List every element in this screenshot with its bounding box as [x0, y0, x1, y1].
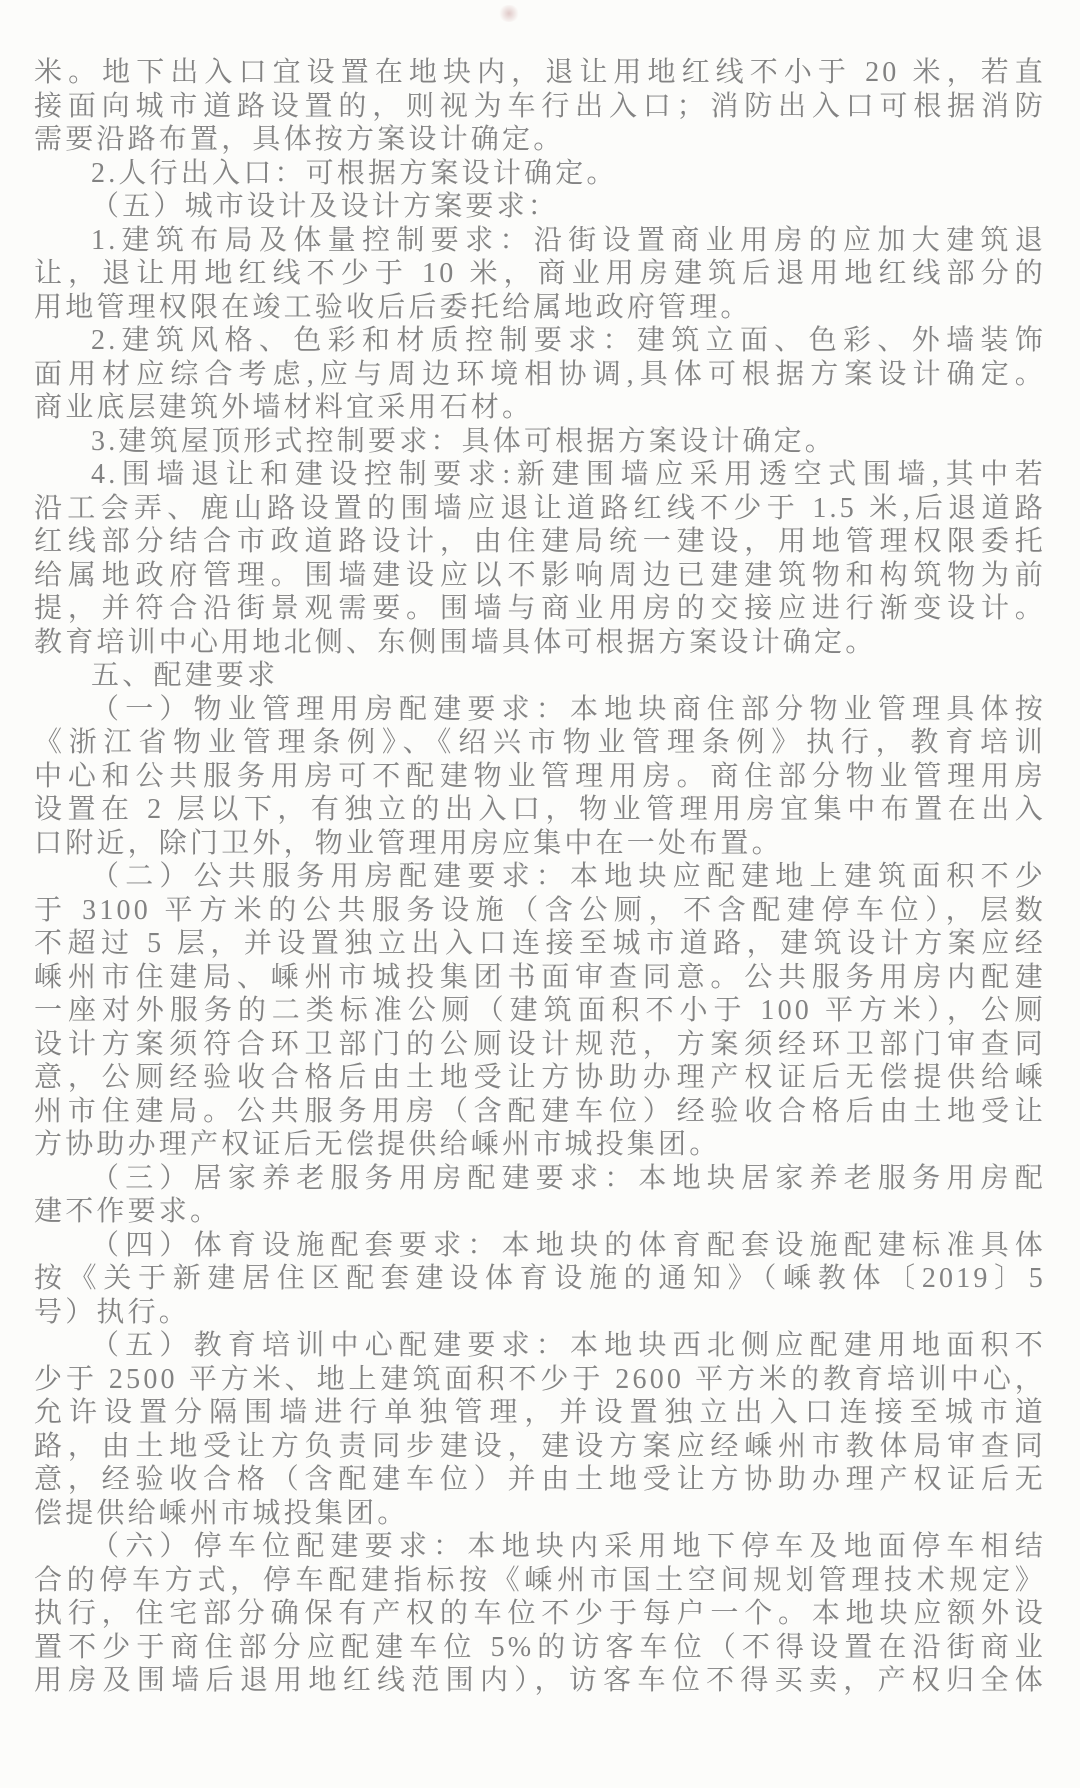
text-line: 4.围墙退让和建设控制要求:新建围墙应采用透空式围墙,其中若: [34, 458, 1046, 492]
text-line: 方协助办理产权证后无偿提供给嵊州市城投集团。: [34, 1128, 1046, 1162]
scan-artifact-speck: [498, 5, 520, 22]
text-line: 不超过 5 层，并设置独立出入口连接至城市道路，建筑设计方案应经: [34, 927, 1046, 961]
text-line: （五）城市设计及设计方案要求：: [34, 190, 1046, 224]
text-line: 接面向城市道路设置的，则视为车行出入口；消防出入口可根据消防: [34, 90, 1046, 124]
text-line: 3.建筑屋顶形式控制要求：具体可根据方案设计确定。: [34, 425, 1046, 459]
text-line: 商业底层建筑外墙材料宜采用石材。: [34, 391, 1046, 425]
text-line: 建不作要求。: [34, 1195, 1046, 1229]
text-line: 五、配建要求: [34, 659, 1046, 693]
text-line: 口附近，除门卫外，物业管理用房应集中在一处布置。: [34, 827, 1046, 861]
text-line: 允许设置分隔围墙进行单独管理，并设置独立出入口连接至城市道: [34, 1396, 1046, 1430]
text-line: 于 3100 平方米的公共服务设施（含公厕，不含配建停车位），层数: [34, 894, 1046, 928]
text-line: 用房及围墙后退用地红线范围内），访客车位不得买卖，产权归全体: [34, 1664, 1046, 1698]
text-line: 少于 2500 平方米、地上建筑面积不少于 2600 平方米的教育培训中心，: [34, 1363, 1046, 1397]
text-line: 面用材应综合考虑,应与周边环境相协调,具体可根据方案设计确定。: [34, 358, 1046, 392]
document-text-block: 米。地下出入口宜设置在地块内，退让用地红线不小于 20 米，若直 接面向城市道路…: [34, 56, 1046, 1698]
text-line: 设计方案须符合环卫部门的公厕设计规范，方案须经环卫部门审查同: [34, 1028, 1046, 1062]
text-line: 2.人行出入口：可根据方案设计确定。: [34, 157, 1046, 191]
text-line: 意，公厕经验收合格后由土地受让方协助办理产权证后无偿提供给嵊: [34, 1061, 1046, 1095]
text-line: 按《关于新建居住区配套建设体育设施的通知》（嵊教体〔2019〕5: [34, 1262, 1046, 1296]
text-line: 路，由土地受让方负责同步建设，建设方案应经嵊州市教体局审查同: [34, 1430, 1046, 1464]
text-line: 教育培训中心用地北侧、东侧围墙具体可根据方案设计确定。: [34, 626, 1046, 660]
text-line: 设置在 2 层以下，有独立的出入口，物业管理用房宜集中布置在出入: [34, 793, 1046, 827]
text-line: 一座对外服务的二类标准公厕（建筑面积不小于 100 平方米），公厕: [34, 994, 1046, 1028]
text-line: 让，退让用地红线不少于 10 米，商业用房建筑后退用地红线部分的: [34, 257, 1046, 291]
text-line: （六）停车位配建要求：本地块内采用地下停车及地面停车相结: [34, 1530, 1046, 1564]
text-line: 需要沿路布置，具体按方案设计确定。: [34, 123, 1046, 157]
text-line: 偿提供给嵊州市城投集团。: [34, 1497, 1046, 1531]
text-line: 意，经验收合格（含配建车位）并由土地受让方协助办理产权证后无: [34, 1463, 1046, 1497]
text-line: 嵊州市住建局、嵊州市城投集团书面审查同意。公共服务用房内配建: [34, 961, 1046, 995]
text-line: （一）物业管理用房配建要求：本地块商住部分物业管理具体按: [34, 693, 1046, 727]
text-line: 号）执行。: [34, 1296, 1046, 1330]
text-line: 沿工会弄、鹿山路设置的围墙应退让道路红线不少于 1.5 米,后退道路: [34, 492, 1046, 526]
text-line: 《浙江省物业管理条例》、《绍兴市物业管理条例》执行，教育培训: [34, 726, 1046, 760]
text-line: 合的停车方式，停车配建指标按《嵊州市国土空间规划管理技术规定》: [34, 1564, 1046, 1598]
text-line: 给属地政府管理。围墙建设应以不影响周边已建建筑物和构筑物为前: [34, 559, 1046, 593]
text-line: 执行，住宅部分确保有产权的车位不少于每户一个。本地块应额外设: [34, 1597, 1046, 1631]
text-line: （四）体育设施配套要求：本地块的体育配套设施配建标准具体: [34, 1229, 1046, 1263]
text-line: 1.建筑布局及体量控制要求：沿街设置商业用房的应加大建筑退: [34, 224, 1046, 258]
text-line: 中心和公共服务用房可不配建物业管理用房。商住部分物业管理用房: [34, 760, 1046, 794]
text-line: 提，并符合沿街景观需要。围墙与商业用房的交接应进行渐变设计。: [34, 592, 1046, 626]
text-line: （二）公共服务用房配建要求：本地块应配建地上建筑面积不少: [34, 860, 1046, 894]
text-line: 置不少于商住部分应配建车位 5%的访客车位（不得设置在沿街商业: [34, 1631, 1046, 1665]
text-line: 州市住建局。公共服务用房（含配建车位）经验收合格后由土地受让: [34, 1095, 1046, 1129]
text-line: 用地管理权限在竣工验收后后委托给属地政府管理。: [34, 291, 1046, 325]
text-line: （三）居家养老服务用房配建要求：本地块居家养老服务用房配: [34, 1162, 1046, 1196]
text-line: 2.建筑风格、色彩和材质控制要求：建筑立面、色彩、外墙装饰: [34, 324, 1046, 358]
text-line: 米。地下出入口宜设置在地块内，退让用地红线不小于 20 米，若直: [34, 56, 1046, 90]
document-page: 米。地下出入口宜设置在地块内，退让用地红线不小于 20 米，若直 接面向城市道路…: [0, 0, 1080, 1788]
text-line: （五）教育培训中心配建要求：本地块西北侧应配建用地面积不: [34, 1329, 1046, 1363]
text-line: 红线部分结合市政道路设计，由住建局统一建设，用地管理权限委托: [34, 525, 1046, 559]
